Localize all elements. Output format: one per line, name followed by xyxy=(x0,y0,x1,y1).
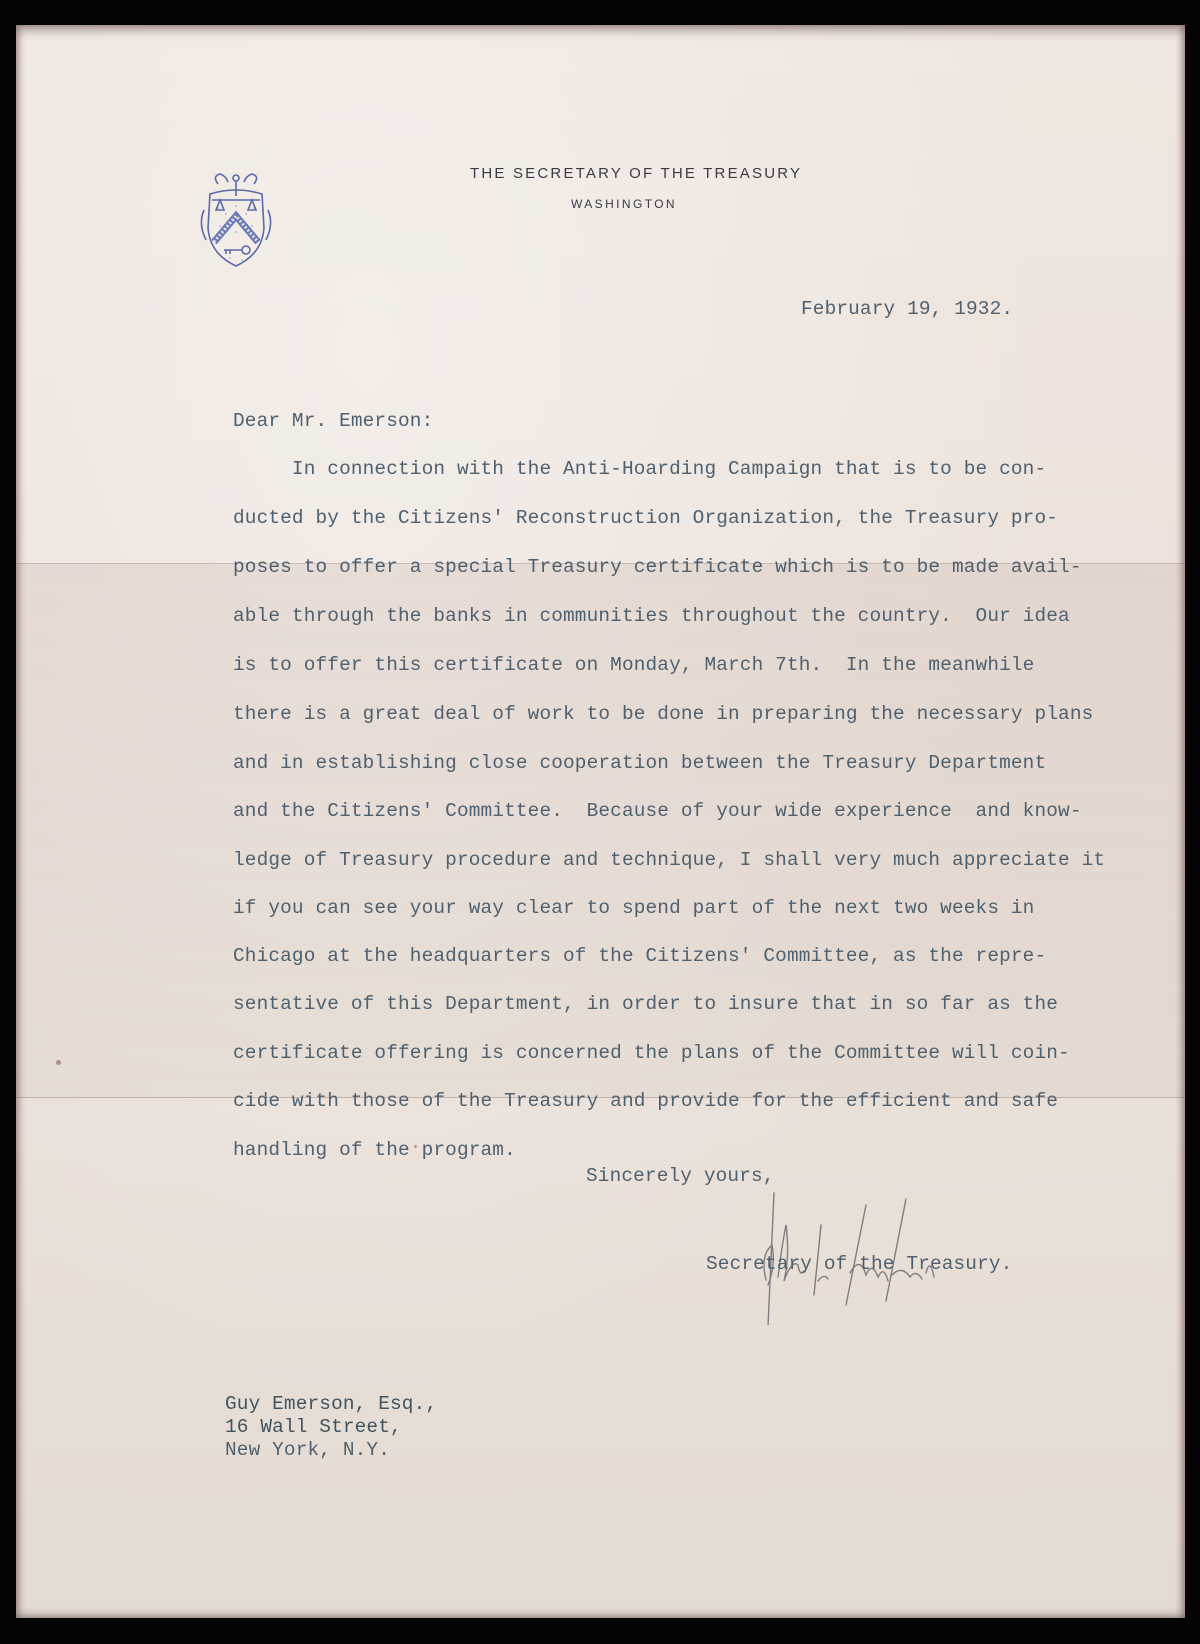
recipient-name: Guy Emerson, Esq., xyxy=(225,1393,437,1415)
recipient-street: 16 Wall Street, xyxy=(225,1416,402,1438)
body-line: and in establishing close cooperation be… xyxy=(233,752,1046,774)
body-line: and the Citizens' Committee. Because of … xyxy=(233,800,1082,822)
paper-speck xyxy=(414,1145,417,1148)
paper-fold-band xyxy=(16,563,1185,1098)
body-line: there is a great deal of work to be done… xyxy=(233,703,1093,725)
body-line: poses to offer a special Treasury certif… xyxy=(233,556,1082,578)
body-line: certificate offering is concerned the pl… xyxy=(233,1042,1070,1064)
closing: Sincerely yours, xyxy=(586,1165,775,1187)
letter-paper: THE SECRETARY OF THE TREASURY WASHINGTON… xyxy=(16,25,1185,1618)
body-line: able through the banks in communities th… xyxy=(233,605,1070,627)
body-line: In connection with the Anti-Hoarding Cam… xyxy=(233,458,1046,480)
signer-title: Secretary of the Treasury. xyxy=(706,1253,1012,1275)
body-line: if you can see your way clear to spend p… xyxy=(233,897,1034,919)
paper-speck xyxy=(56,1060,61,1065)
body-line: ducted by the Citizens' Reconstruction O… xyxy=(233,507,1058,529)
letterhead-title: THE SECRETARY OF THE TREASURY xyxy=(470,165,802,182)
treasury-seal-icon xyxy=(196,170,276,270)
body-line: handling of the program. xyxy=(233,1139,516,1161)
body-line: ledge of Treasury procedure and techniqu… xyxy=(233,849,1105,871)
letterhead-location: WASHINGTON xyxy=(571,197,677,211)
body-line: Chicago at the headquarters of the Citiz… xyxy=(233,945,1046,967)
salutation: Dear Mr. Emerson: xyxy=(233,410,433,432)
body-line: sentative of this Department, in order t… xyxy=(233,993,1058,1015)
recipient-city: New York, N.Y. xyxy=(225,1439,390,1461)
body-line: cide with those of the Treasury and prov… xyxy=(233,1090,1058,1112)
letter-date: February 19, 1932. xyxy=(801,298,1013,320)
body-line: is to offer this certificate on Monday, … xyxy=(233,654,1034,676)
